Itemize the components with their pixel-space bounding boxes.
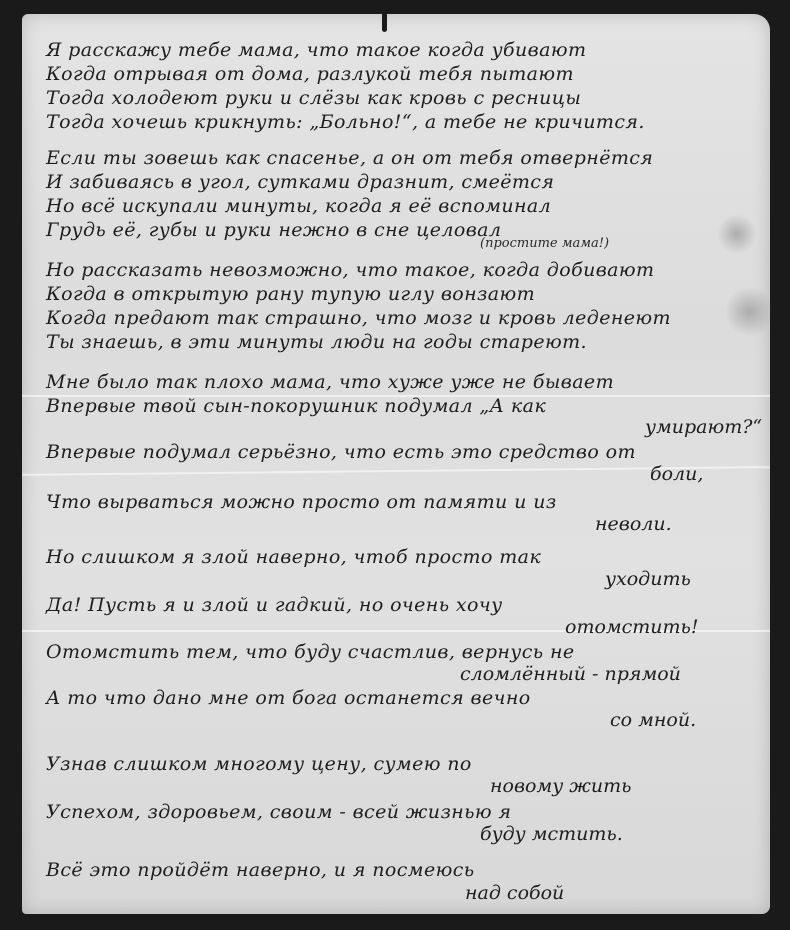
stanza-5: Впервые подумал серьёзно, что есть это с…: [46, 440, 636, 464]
stanza-13: Всё это пройдёт наверно, и я посмеюсь: [46, 858, 475, 882]
line-continuation: неволи.: [595, 513, 672, 535]
letter-line: Я расскажу тебе мама, что такое когда уб…: [46, 38, 645, 62]
paper-stain: [727, 284, 772, 339]
letter-line: Узнав слишком многому цену, сумею по: [46, 752, 472, 776]
stanza-3: Но рассказать невозможно, что такое, ког…: [46, 258, 671, 354]
stanza-12: Успехом, здоровьем, своим - всей жизнью …: [46, 800, 511, 824]
letter-line: И забиваясь в угол, сутками дразнит, сме…: [46, 170, 653, 194]
parenthetical-note: (простите мама!): [480, 236, 609, 251]
stanza-8: Да! Пусть я и злой и гадкий, но очень хо…: [46, 593, 503, 617]
letter-line: Что вырваться можно просто от памяти и и…: [46, 490, 557, 514]
stanza-7: Но слишком я злой наверно, чтоб просто т…: [46, 545, 541, 569]
line-continuation: буду мстить.: [480, 823, 623, 845]
line-continuation: со мной.: [610, 709, 696, 731]
letter-line: Да! Пусть я и злой и гадкий, но очень хо…: [46, 593, 503, 617]
letter-line: Тогда холодеют руки и слёзы как кровь с …: [46, 86, 645, 110]
letter-line: Впервые подумал серьёзно, что есть это с…: [46, 440, 636, 464]
letter-line: А то что дано мне от бога останется вечн…: [46, 686, 531, 710]
stanza-4: Мне было так плохо мама, что хуже уже не…: [46, 370, 614, 418]
line-continuation: сломлённый - прямой: [460, 663, 681, 685]
letter-line: Когда в открытую рану тупую иглу вонзают: [46, 282, 671, 306]
stanza-1: Я расскажу тебе мама, что такое когда уб…: [46, 38, 645, 134]
letter-line: Но слишком я злой наверно, чтоб просто т…: [46, 545, 541, 569]
letter-line: Ты знаешь, в эти минуты люди на годы ста…: [46, 330, 671, 354]
letter-line: Когда предают так страшно, что мозг и кр…: [46, 306, 671, 330]
stanza-11: Узнав слишком многому цену, сумею по: [46, 752, 472, 776]
line-continuation: над собой: [465, 882, 564, 904]
letter-line: Когда отрывая от дома, разлукой тебя пыт…: [46, 62, 645, 86]
line-continuation: боли,: [650, 463, 703, 485]
letter-line: Но рассказать невозможно, что такое, ког…: [46, 258, 671, 282]
letter-line: Отомстить тем, что буду счастлив, вернус…: [46, 640, 575, 664]
letter-line: Успехом, здоровьем, своим - всей жизнью …: [46, 800, 511, 824]
letter-line: Если ты зовешь как спасенье, а он от теб…: [46, 146, 653, 170]
letter-line: Всё это пройдёт наверно, и я посмеюсь: [46, 858, 475, 882]
stanza-6: Что вырваться можно просто от памяти и и…: [46, 490, 557, 514]
letter-line: Тогда хочешь крикнуть: „Больно!“, а тебе…: [46, 110, 645, 134]
line-continuation: умирают?“: [645, 416, 762, 438]
line-continuation: новому жить: [490, 775, 631, 797]
line-continuation: отомстить!: [565, 616, 699, 638]
stanza-10: А то что дано мне от бога останется вечн…: [46, 686, 531, 710]
paper-stain: [717, 214, 757, 254]
stanza-9: Отомстить тем, что буду счастлив, вернус…: [46, 640, 575, 664]
stanza-2: Если ты зовешь как спасенье, а он от теб…: [46, 146, 653, 242]
letter-line: Впервые твой сын-покорушник подумал „А к…: [46, 394, 614, 418]
letter-line: Но всё искупали минуты, когда я её вспом…: [46, 194, 653, 218]
letter-line: Мне было так плохо мама, что хуже уже не…: [46, 370, 614, 394]
line-continuation: уходить: [605, 568, 691, 590]
